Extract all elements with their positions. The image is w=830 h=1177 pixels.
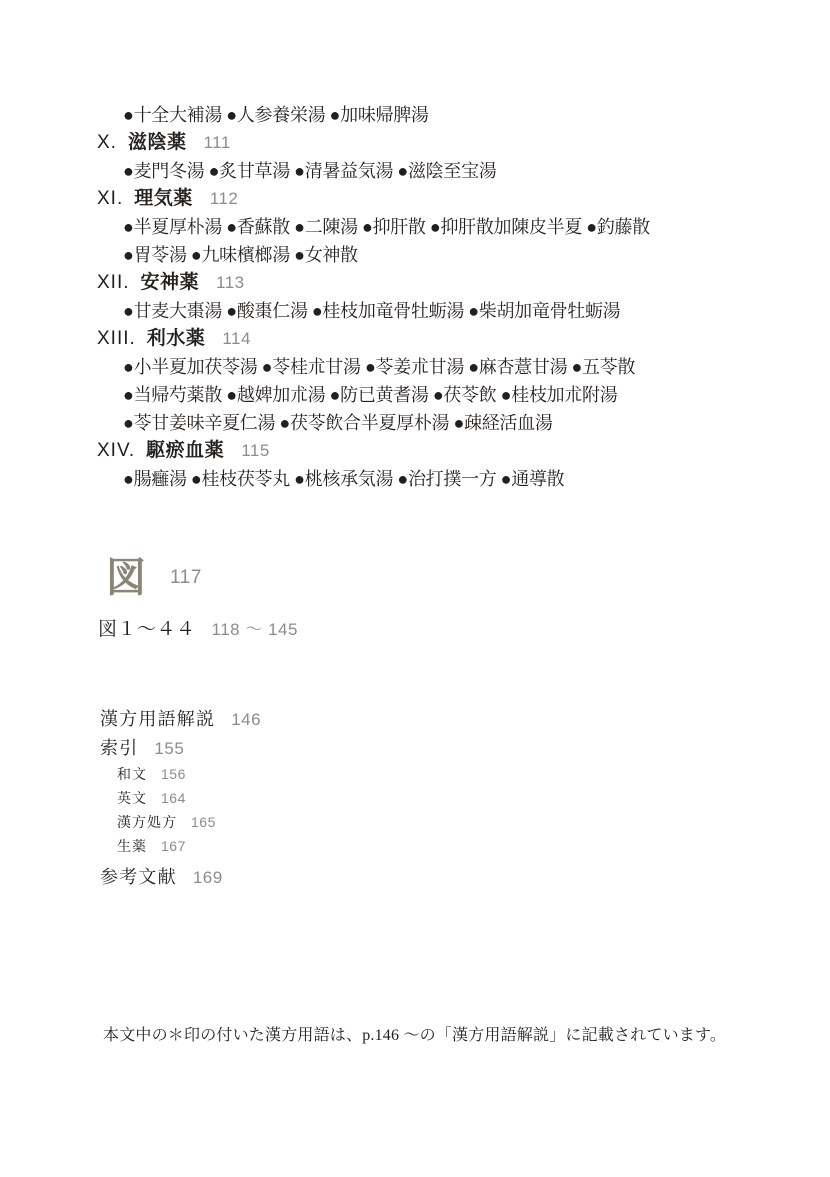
backmatter-list: 漢方用語解説146 索引155 和文156 英文164 漢方処方165 生薬16… [0, 705, 261, 892]
toc-drug-line: ●胃苓湯 ●九味檳榔湯 ●女神散 [0, 241, 650, 269]
section-title: 駆瘀血薬 [146, 440, 224, 461]
figure-range-row: 図１～４４118 ～ 145 [98, 614, 298, 641]
toc-section-heading: XII.安神薬113 [0, 269, 650, 297]
backmatter-entry-references: 参考文献169 [0, 863, 261, 892]
backmatter-subentry-japanese: 和文156 [0, 763, 261, 787]
entry-page-number: 155 [154, 739, 184, 758]
toc-drug-line: ●十全大補湯 ●人参養栄湯 ●加味帰脾湯 [0, 101, 650, 129]
section-page-number: 115 [241, 441, 270, 460]
section-numeral: XII. [97, 272, 130, 293]
toc-section-heading: XI.理気薬112 [0, 185, 650, 213]
section-numeral: XI. [97, 188, 123, 209]
toc-page: ●十全大補湯 ●人参養栄湯 ●加味帰脾湯 X.滋陰薬111 ●麦門冬湯 ●炙甘草… [0, 0, 830, 1177]
figure-range-pages: 118 ～ 145 [212, 620, 298, 639]
entry-label: 英文 [117, 792, 147, 807]
toc-drug-line: ●半夏厚朴湯 ●香蘇散 ●二陳湯 ●抑肝散 ●抑肝散加陳皮半夏 ●釣藤散 [0, 213, 650, 241]
section-title: 安神薬 [141, 272, 200, 293]
section-title: 滋陰薬 [128, 132, 187, 153]
toc-drug-line: ●苓甘姜味辛夏仁湯 ●茯苓飲合半夏厚朴湯 ●疎経活血湯 [0, 409, 650, 437]
toc-drug-line: ●腸癰湯 ●桂枝茯苓丸 ●桃核承気湯 ●治打撲一方 ●通導散 [0, 465, 650, 493]
backmatter-subentry-english: 英文164 [0, 787, 261, 811]
backmatter-entry-index: 索引155 [0, 734, 261, 763]
section-numeral: X. [97, 132, 117, 153]
section-numeral: XIII. [97, 328, 136, 349]
toc-drug-line: ●甘麦大棗湯 ●酸棗仁湯 ●桂枝加竜骨牡蛎湯 ●柴胡加竜骨牡蛎湯 [0, 297, 650, 325]
backmatter-entry-glossary: 漢方用語解説146 [0, 705, 261, 734]
entry-page-number: 164 [161, 790, 186, 806]
entry-label: 生薬 [117, 840, 147, 855]
entry-page-number: 167 [161, 838, 186, 854]
entry-page-number: 156 [161, 766, 186, 782]
entry-label: 漢方処方 [117, 816, 177, 831]
entry-label: 和文 [117, 768, 147, 783]
footnote-text: 本文中の＊印の付いた漢方用語は、p.146 ～の「漢方用語解説」に記載されていま… [103, 1026, 726, 1046]
toc-list: ●十全大補湯 ●人参養栄湯 ●加味帰脾湯 X.滋陰薬111 ●麦門冬湯 ●炙甘草… [0, 101, 650, 493]
toc-drug-line: ●小半夏加茯苓湯 ●苓桂朮甘湯 ●苓姜朮甘湯 ●麻杏薏甘湯 ●五苓散 [0, 353, 650, 381]
entry-label: 索引 [100, 738, 138, 758]
section-title: 理気薬 [134, 188, 193, 209]
figure-range-label: 図１～４４ [98, 619, 196, 640]
section-page-number: 114 [222, 329, 251, 348]
figure-kanji-icon: 図 [106, 556, 146, 600]
section-page-number: 112 [210, 189, 239, 208]
toc-section-heading: XIV.駆瘀血薬115 [0, 437, 650, 465]
figures-section-heading: 図 117 [106, 556, 202, 600]
entry-page-number: 169 [193, 868, 223, 887]
section-numeral: XIV. [97, 440, 135, 461]
backmatter-subentry-formulas: 漢方処方165 [0, 811, 261, 835]
entry-label: 参考文献 [100, 867, 177, 887]
entry-page-number: 146 [231, 710, 261, 729]
entry-label: 漢方用語解説 [100, 709, 215, 729]
toc-section-heading: X.滋陰薬111 [0, 129, 650, 157]
entry-page-number: 165 [191, 814, 216, 830]
toc-drug-line: ●当帰芍薬散 ●越婢加朮湯 ●防已黄耆湯 ●茯苓飲 ●桂枝加朮附湯 [0, 381, 650, 409]
toc-section-heading: XIII.利水薬114 [0, 325, 650, 353]
section-page-number: 111 [203, 133, 230, 152]
section-page-number: 113 [216, 273, 245, 292]
toc-drug-line: ●麦門冬湯 ●炙甘草湯 ●清暑益気湯 ●滋陰至宝湯 [0, 157, 650, 185]
section-title: 利水薬 [147, 328, 206, 349]
backmatter-subentry-crude-drugs: 生薬167 [0, 835, 261, 859]
figures-page-number: 117 [170, 567, 202, 589]
